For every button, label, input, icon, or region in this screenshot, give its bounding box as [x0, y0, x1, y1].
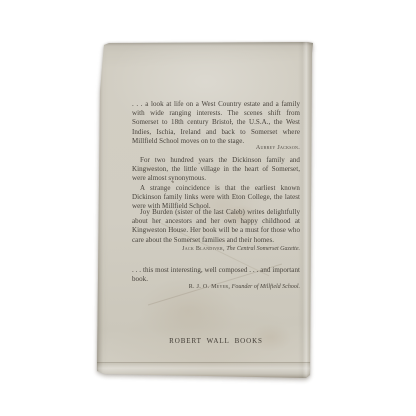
book-back-cover: . . . a look at life on a West Country e… — [97, 41, 314, 378]
review-2-attribution-source: The Central Somerset Gazette. — [226, 246, 300, 252]
review-1-attribution-name: Aubrey Jackson. — [256, 145, 300, 151]
review-3-attribution-source: Founder of Millfield School. — [232, 284, 300, 290]
jacket-spine-fold — [298, 41, 314, 378]
publisher-imprint: ROBERT WALL BOOKS — [132, 337, 300, 345]
review-3-text: . . . this most interesting, well compos… — [132, 266, 300, 284]
review-1-text: . . . a look at life on a West Country e… — [132, 100, 300, 146]
review-2-paragraph-1: For two hundred years the Dickinson fami… — [132, 156, 300, 184]
review-2-attribution-name: Jack Blandiver, — [182, 246, 225, 252]
review-2-attribution: Jack Blandiver, The Central Somerset Gaz… — [132, 245, 303, 253]
review-3-attribution: R. J. O. Meyer, Founder of Millfield Sch… — [132, 283, 303, 291]
dust-jacket-paper: . . . a look at life on a West Country e… — [97, 41, 314, 378]
review-3-attribution-name: R. J. O. Meyer, — [189, 284, 230, 290]
jacket-text-column: . . . a look at life on a West Country e… — [132, 41, 300, 378]
book-photo: . . . a look at life on a West Country e… — [0, 0, 416, 416]
review-2-paragraph-3: Joy Burden (sister of the last Caleb) wr… — [132, 208, 300, 245]
jacket-left-edge — [97, 41, 103, 378]
review-1-attribution: Aubrey Jackson. — [132, 144, 303, 152]
